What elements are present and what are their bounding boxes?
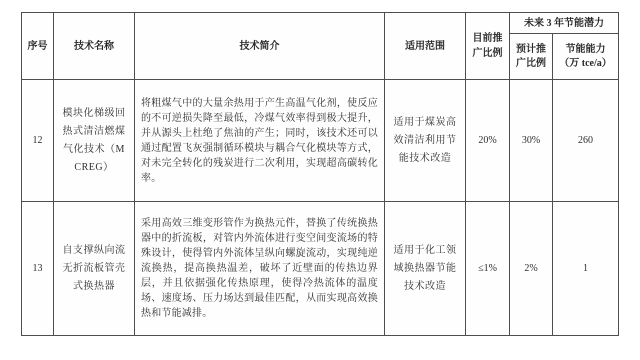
header-expected-ratio: 预计推广比例 xyxy=(510,34,553,80)
scope: 适用于煤炭高效清洁利用节能技术改造 xyxy=(385,80,466,202)
header-index: 序号 xyxy=(22,13,54,80)
tech-name: 自支撑纵向流无折流板管壳式换热器 xyxy=(54,202,135,336)
capacity: 260 xyxy=(553,80,619,202)
row-index: 12 xyxy=(22,80,54,202)
expected-ratio: 30% xyxy=(510,80,553,202)
header-future-group: 未来 3 年节能潜力 xyxy=(510,13,619,34)
scope: 适用于化工领域换热器节能技术改造 xyxy=(385,202,466,336)
table-row: 13 自支撑纵向流无折流板管壳式换热器 采用高效三维变形管作为换热元件，替换了传… xyxy=(22,202,619,336)
current-ratio: 20% xyxy=(466,80,510,202)
tech-intro: 将粗煤气中的大量余热用于产生高温气化剂，使反应的不可逆损失降至最低，冷煤气效率得… xyxy=(135,80,385,202)
tech-intro: 采用高效三维变形管作为换热元件，替换了传统换热器中的折流板，对管内外流体进行变空… xyxy=(135,202,385,336)
header-capacity: 节能能力（万 tce/a） xyxy=(553,34,619,80)
row-index: 13 xyxy=(22,202,54,336)
header-tech-intro: 技术简介 xyxy=(135,13,385,80)
table-header: 序号 技术名称 技术简介 适用范围 目前推广比例 未来 3 年节能潜力 预计推广… xyxy=(22,13,619,80)
tech-name: 模块化梯级回热式清洁燃煤气化技术（MCREG） xyxy=(54,80,135,202)
energy-saving-tech-table: 序号 技术名称 技术简介 适用范围 目前推广比例 未来 3 年节能潜力 预计推广… xyxy=(21,12,619,336)
header-scope: 适用范围 xyxy=(385,13,466,80)
header-current-ratio: 目前推广比例 xyxy=(466,13,510,80)
header-tech-name: 技术名称 xyxy=(54,13,135,80)
table-row: 12 模块化梯级回热式清洁燃煤气化技术（MCREG） 将粗煤气中的大量余热用于产… xyxy=(22,80,619,202)
expected-ratio: 2% xyxy=(510,202,553,336)
capacity: 1 xyxy=(553,202,619,336)
current-ratio: ≤1% xyxy=(466,202,510,336)
